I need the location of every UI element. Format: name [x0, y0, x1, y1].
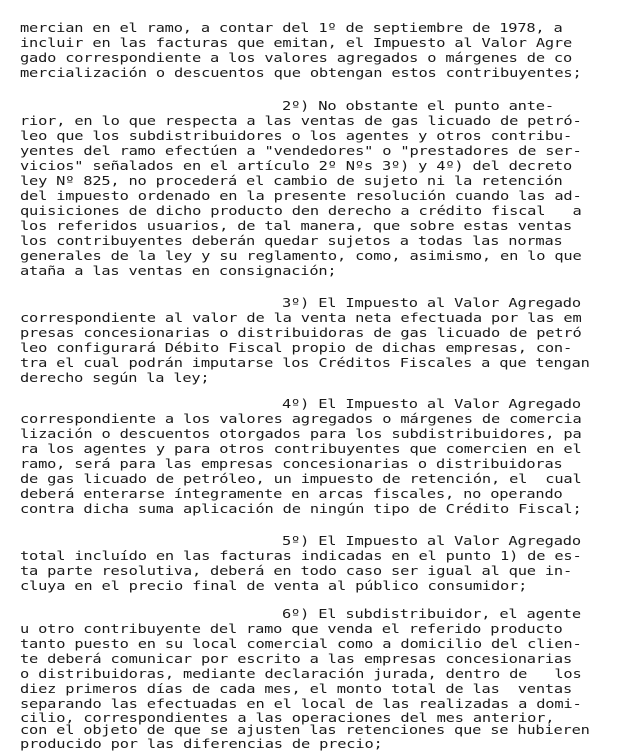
- text-line: tra el cual podrán imputarse los Crédito…: [20, 356, 590, 370]
- text-line: diez primeros días de cada mes, el monto…: [20, 682, 572, 696]
- text-line: correspondiente a los valores agregados …: [20, 412, 582, 426]
- text-line: separando las efectuadas en el local de …: [20, 697, 582, 711]
- text-line: u otro contribuyente del ramo que venda …: [20, 622, 563, 636]
- scanned-document-page: mercian en el ramo, a contar del 1º de s…: [0, 0, 630, 755]
- text-line: ta parte resolutiva, deberá en todo caso…: [20, 564, 572, 578]
- text-line: yentes del ramo efectúen a "vendedores" …: [20, 144, 582, 158]
- text-line: quisiciones de dicho producto den derech…: [20, 204, 582, 218]
- text-line: leo que los subdistribuidores o los agen…: [20, 129, 572, 143]
- text-line: de gas licuado de petróleo, un impuesto …: [20, 472, 582, 486]
- text-line: presas concesionarias o distribuidoras d…: [20, 326, 582, 340]
- text-line: contra dicha suma aplicación de ningún t…: [20, 502, 582, 516]
- text-line: los contribuyentes deberán quedar sujeto…: [20, 234, 563, 248]
- text-line: ra los agentes y para otros contribuyent…: [20, 442, 582, 456]
- paragraph-heading: 5º) El Impuesto al Valor Agregado: [282, 534, 581, 548]
- paragraph-heading: 6º) El subdistribuidor, el agente: [282, 607, 581, 621]
- text-line: mercialización o descuentos que obtengan…: [20, 66, 582, 80]
- text-line: deberá enterarse íntegramente en arcas f…: [20, 487, 563, 501]
- text-line: ataña a las ventas en consignación;: [20, 264, 336, 278]
- text-line: generales de la ley y su reglamento, com…: [20, 249, 582, 263]
- text-line: rior, en lo que respecta a las ventas de…: [20, 114, 582, 128]
- text-line: los referidos usuarios, de tal manera, q…: [20, 219, 572, 233]
- text-line: correspondiente al valor de la venta net…: [20, 311, 582, 325]
- paragraph-heading: 3º) El Impuesto al Valor Agregado: [282, 296, 581, 310]
- paragraph-heading: 2º) No obstante el punto ante-: [282, 99, 554, 113]
- text-line: ley Nº 825, no procederá el cambio de su…: [20, 174, 563, 188]
- text-line: lización o descuentos otorgados para los…: [20, 427, 582, 441]
- text-line: incluir en las facturas que emitan, el I…: [20, 36, 572, 50]
- text-line: leo configurará Débito Fiscal propio de …: [20, 341, 572, 355]
- text-line: ramo, será para las empresas concesionar…: [20, 457, 563, 471]
- text-line: cluya en el precio final de venta al púb…: [20, 579, 527, 593]
- text-line: gado correspondiente a los valores agreg…: [20, 51, 572, 65]
- text-line: o distribuidoras, mediante declaración j…: [20, 667, 582, 681]
- text-line: total incluído en las facturas indicadas…: [20, 549, 582, 563]
- text-line: tanto puesto en su local comercial como …: [20, 637, 582, 651]
- text-line: derecho según la ley;: [20, 371, 209, 385]
- paragraph-heading: 4º) El Impuesto al Valor Agregado: [282, 397, 581, 411]
- text-line: mercian en el ramo, a contar del 1º de s…: [20, 21, 563, 35]
- text-line: con el objeto de que se ajusten las rete…: [20, 723, 590, 737]
- text-line: producido por las diferencias de precio;: [20, 737, 383, 751]
- text-line: vicios" señalados en el artículo 2º Nºs …: [20, 159, 572, 173]
- text-line: del impuesto ordenado en la presente res…: [20, 189, 582, 203]
- text-line: te deberá comunicar por escrito a las em…: [20, 652, 572, 666]
